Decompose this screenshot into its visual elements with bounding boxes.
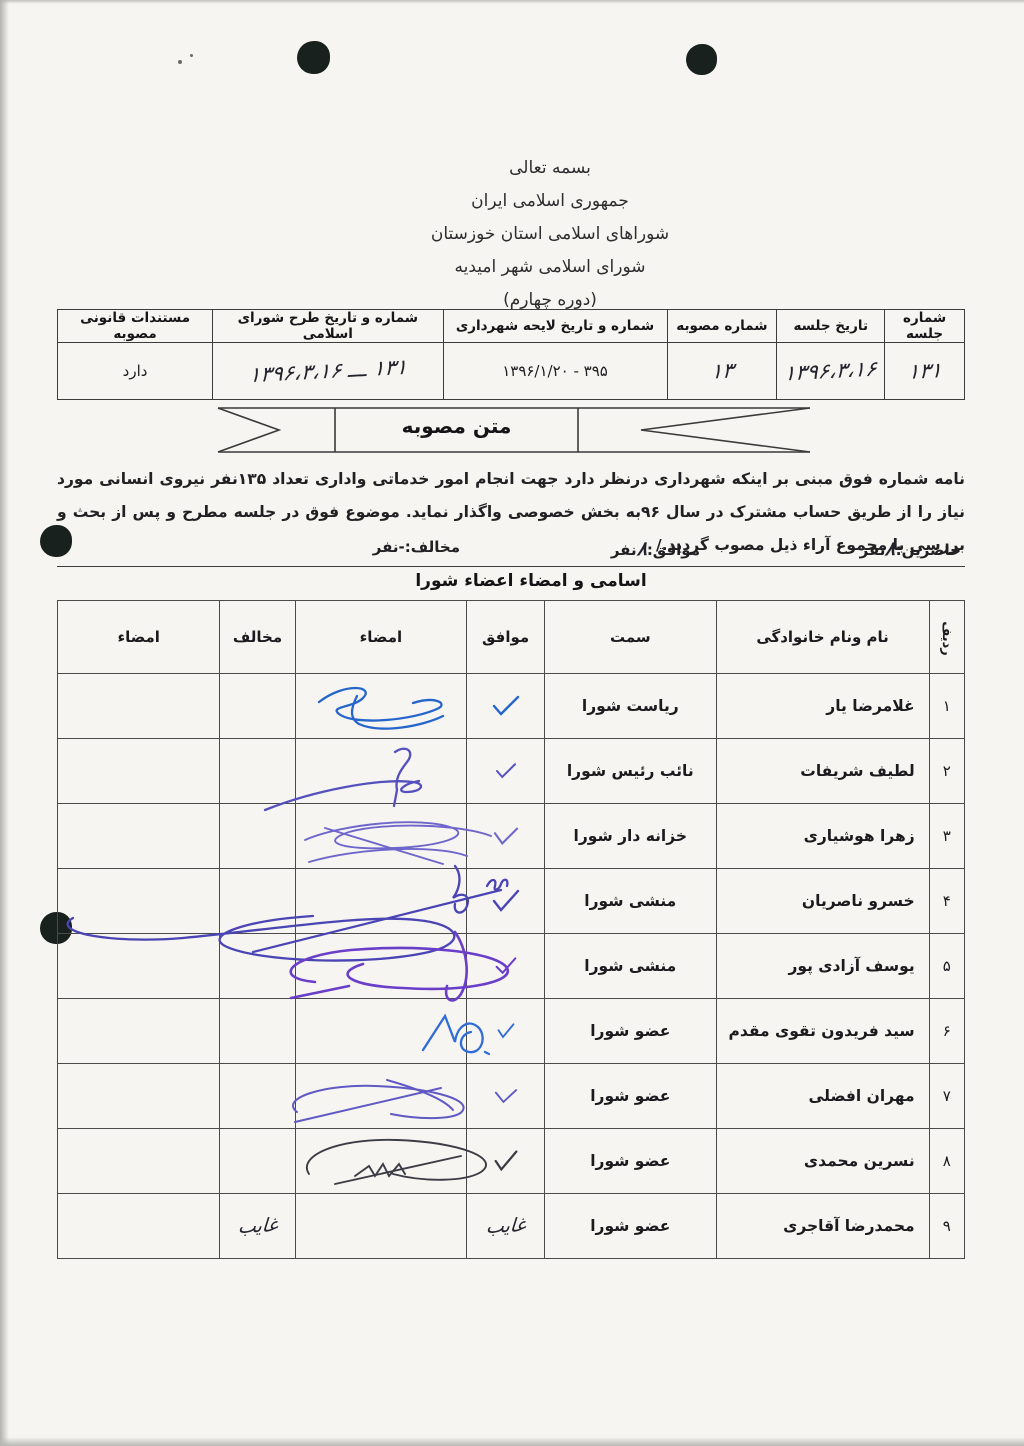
agree-cell bbox=[467, 739, 545, 804]
opposed-cell bbox=[220, 869, 295, 934]
check-icon bbox=[491, 1085, 521, 1107]
session-date-header: تاریخ جلسه bbox=[777, 310, 885, 343]
city-council-line: شورای اسلامی شهر امیدیه bbox=[92, 251, 1008, 284]
member-row-2: ۲ لطیف شریفات نائب رئیس شورا bbox=[58, 739, 965, 804]
banner-title: متن مصوبه bbox=[335, 414, 578, 438]
check-icon bbox=[490, 888, 522, 914]
municipality-bill-value: ۳۹۵ - ۱۳۹۶/۱/۲۰ bbox=[443, 343, 667, 400]
opposed-header: مخالف bbox=[220, 601, 295, 674]
session-no-value: ۱۳۱ bbox=[885, 343, 965, 400]
agree-cell bbox=[467, 869, 545, 934]
signature-cell bbox=[295, 1194, 466, 1259]
scan-speck bbox=[178, 60, 182, 64]
session-date-value: ۱۳۹۶،۳،۱۶ bbox=[777, 343, 885, 400]
meeting-info-table: شماره جلسه تاریخ جلسه شماره مصوبه شماره … bbox=[57, 309, 965, 400]
agree-cell bbox=[467, 804, 545, 869]
province-councils-line: شوراهای اسلامی استان خوزستان bbox=[92, 218, 1008, 251]
check-icon bbox=[494, 1020, 518, 1042]
member-row-9: ۹ محمدرضا آقاجری عضو شورا غایب غایب bbox=[58, 1194, 965, 1259]
scan-edge-bottom bbox=[0, 1437, 1024, 1446]
resolution-no-value: ۱۳ bbox=[667, 343, 777, 400]
scan-edge-top bbox=[0, 0, 1024, 4]
signature2-cell bbox=[58, 1064, 220, 1129]
signature2-cell bbox=[58, 739, 220, 804]
check-icon bbox=[494, 761, 518, 781]
agree-count: موافق:۸نفر bbox=[611, 538, 700, 560]
opposed-cell bbox=[220, 674, 295, 739]
signature2-header: امضاء bbox=[58, 601, 220, 674]
signature2-cell bbox=[58, 1194, 220, 1259]
members-header-row: ردیف نام ونام خانوادگی سمت موافق امضاء م… bbox=[58, 601, 965, 674]
row-no-header: ردیف bbox=[929, 601, 964, 674]
signature-cell bbox=[295, 739, 466, 804]
check-icon bbox=[490, 693, 522, 719]
signature-cell bbox=[295, 999, 466, 1064]
opposed-cell bbox=[220, 934, 295, 999]
legal-docs-header: مستندات قانونی مصوبه bbox=[58, 310, 213, 343]
opposed-cell bbox=[220, 999, 295, 1064]
agree-cell bbox=[467, 999, 545, 1064]
punch-hole-top-left bbox=[297, 41, 330, 74]
signature2-cell bbox=[58, 934, 220, 999]
opposed-cell bbox=[220, 1064, 295, 1129]
absent-note: غایب bbox=[485, 1214, 526, 1238]
session-no-header: شماره جلسه bbox=[885, 310, 965, 343]
signature-cell bbox=[295, 1129, 466, 1194]
opposed-count: مخالف:-نفر bbox=[373, 538, 460, 556]
resolution-no-header: شماره مصوبه bbox=[667, 310, 777, 343]
position-header: سمت bbox=[545, 601, 716, 674]
council-plan-value: ۱۳۱ ـــ ۱۳۹۶،۳،۱۶ bbox=[213, 343, 443, 400]
agree-header: موافق bbox=[467, 601, 545, 674]
opposed-cell bbox=[220, 804, 295, 869]
opposed-cell: غایب bbox=[220, 1194, 295, 1259]
attendance-line: حاضرین:۸نفر موافق:۸نفر مخالف:-نفر bbox=[57, 534, 965, 564]
signature-cell bbox=[295, 804, 466, 869]
signature-cell bbox=[295, 1064, 466, 1129]
member-row-8: ۸ نسرین محمدی عضو شورا bbox=[58, 1129, 965, 1194]
agree-cell bbox=[467, 934, 545, 999]
resolution-banner: متن مصوبه bbox=[215, 405, 813, 455]
signature2-cell bbox=[58, 869, 220, 934]
member-row-6: ۶ سید فریدون تقوی مقدم عضو شورا bbox=[58, 999, 965, 1064]
republic-line: جمهوری اسلامی ایران bbox=[92, 185, 1008, 218]
absent-note: غایب bbox=[237, 1214, 278, 1238]
name-header: نام ونام خانوادگی bbox=[716, 601, 929, 674]
signature2-cell bbox=[58, 674, 220, 739]
signature-cell bbox=[295, 674, 466, 739]
signature2-cell bbox=[58, 804, 220, 869]
agree-cell: غایب bbox=[467, 1194, 545, 1259]
opposed-cell bbox=[220, 739, 295, 804]
member-row-1: ۱ غلامرضا یار ریاست شورا bbox=[58, 674, 965, 739]
info-header-row: شماره جلسه تاریخ جلسه شماره مصوبه شماره … bbox=[58, 310, 965, 343]
signature-header: امضاء bbox=[295, 601, 466, 674]
signature2-cell bbox=[58, 999, 220, 1064]
member-row-4: ۴ خسرو ناصریان منشی شورا bbox=[58, 869, 965, 934]
members-table: ردیف نام ونام خانوادگی سمت موافق امضاء م… bbox=[57, 600, 965, 1259]
agree-cell bbox=[467, 674, 545, 739]
scan-edge-left bbox=[0, 0, 9, 1446]
opposed-cell bbox=[220, 1129, 295, 1194]
scanned-document-page: بسمه تعالی جمهوری اسلامی ایران شوراهای ا… bbox=[0, 0, 1024, 1446]
info-values-row: ۱۳۱ ۱۳۹۶،۳،۱۶ ۱۳ ۳۹۵ - ۱۳۹۶/۱/۲۰ ۱۳۱ ـــ… bbox=[58, 343, 965, 400]
agree-cell bbox=[467, 1064, 545, 1129]
legal-docs-value: دارد bbox=[58, 343, 213, 400]
member-row-3: ۳ زهرا هوشیاری خزانه دار شورا bbox=[58, 804, 965, 869]
signature-cell bbox=[295, 869, 466, 934]
signature-cell bbox=[295, 934, 466, 999]
member-row-5: ۵ یوسف آزادی پور منشی شورا bbox=[58, 934, 965, 999]
punch-hole-top-right bbox=[686, 44, 717, 75]
check-icon bbox=[491, 824, 521, 848]
check-icon bbox=[492, 955, 520, 977]
bismillah-line: بسمه تعالی bbox=[92, 152, 1008, 185]
member-row-7: ۷ مهران افضلی عضو شورا bbox=[58, 1064, 965, 1129]
members-section-title: اسامی و امضاء اعضاء شورا bbox=[77, 571, 985, 591]
scan-speck bbox=[190, 54, 193, 57]
municipality-bill-header: شماره و تاریخ لایحه شهرداری bbox=[443, 310, 667, 343]
divider-rule bbox=[57, 566, 965, 567]
council-plan-header: شماره و تاریخ طرح شورای اسلامی bbox=[213, 310, 443, 343]
letterhead: بسمه تعالی جمهوری اسلامی ایران شوراهای ا… bbox=[92, 152, 1008, 317]
signature2-cell bbox=[58, 1129, 220, 1194]
check-icon bbox=[491, 1148, 521, 1174]
present-count: حاضرین:۸نفر bbox=[860, 538, 961, 560]
agree-cell bbox=[467, 1129, 545, 1194]
